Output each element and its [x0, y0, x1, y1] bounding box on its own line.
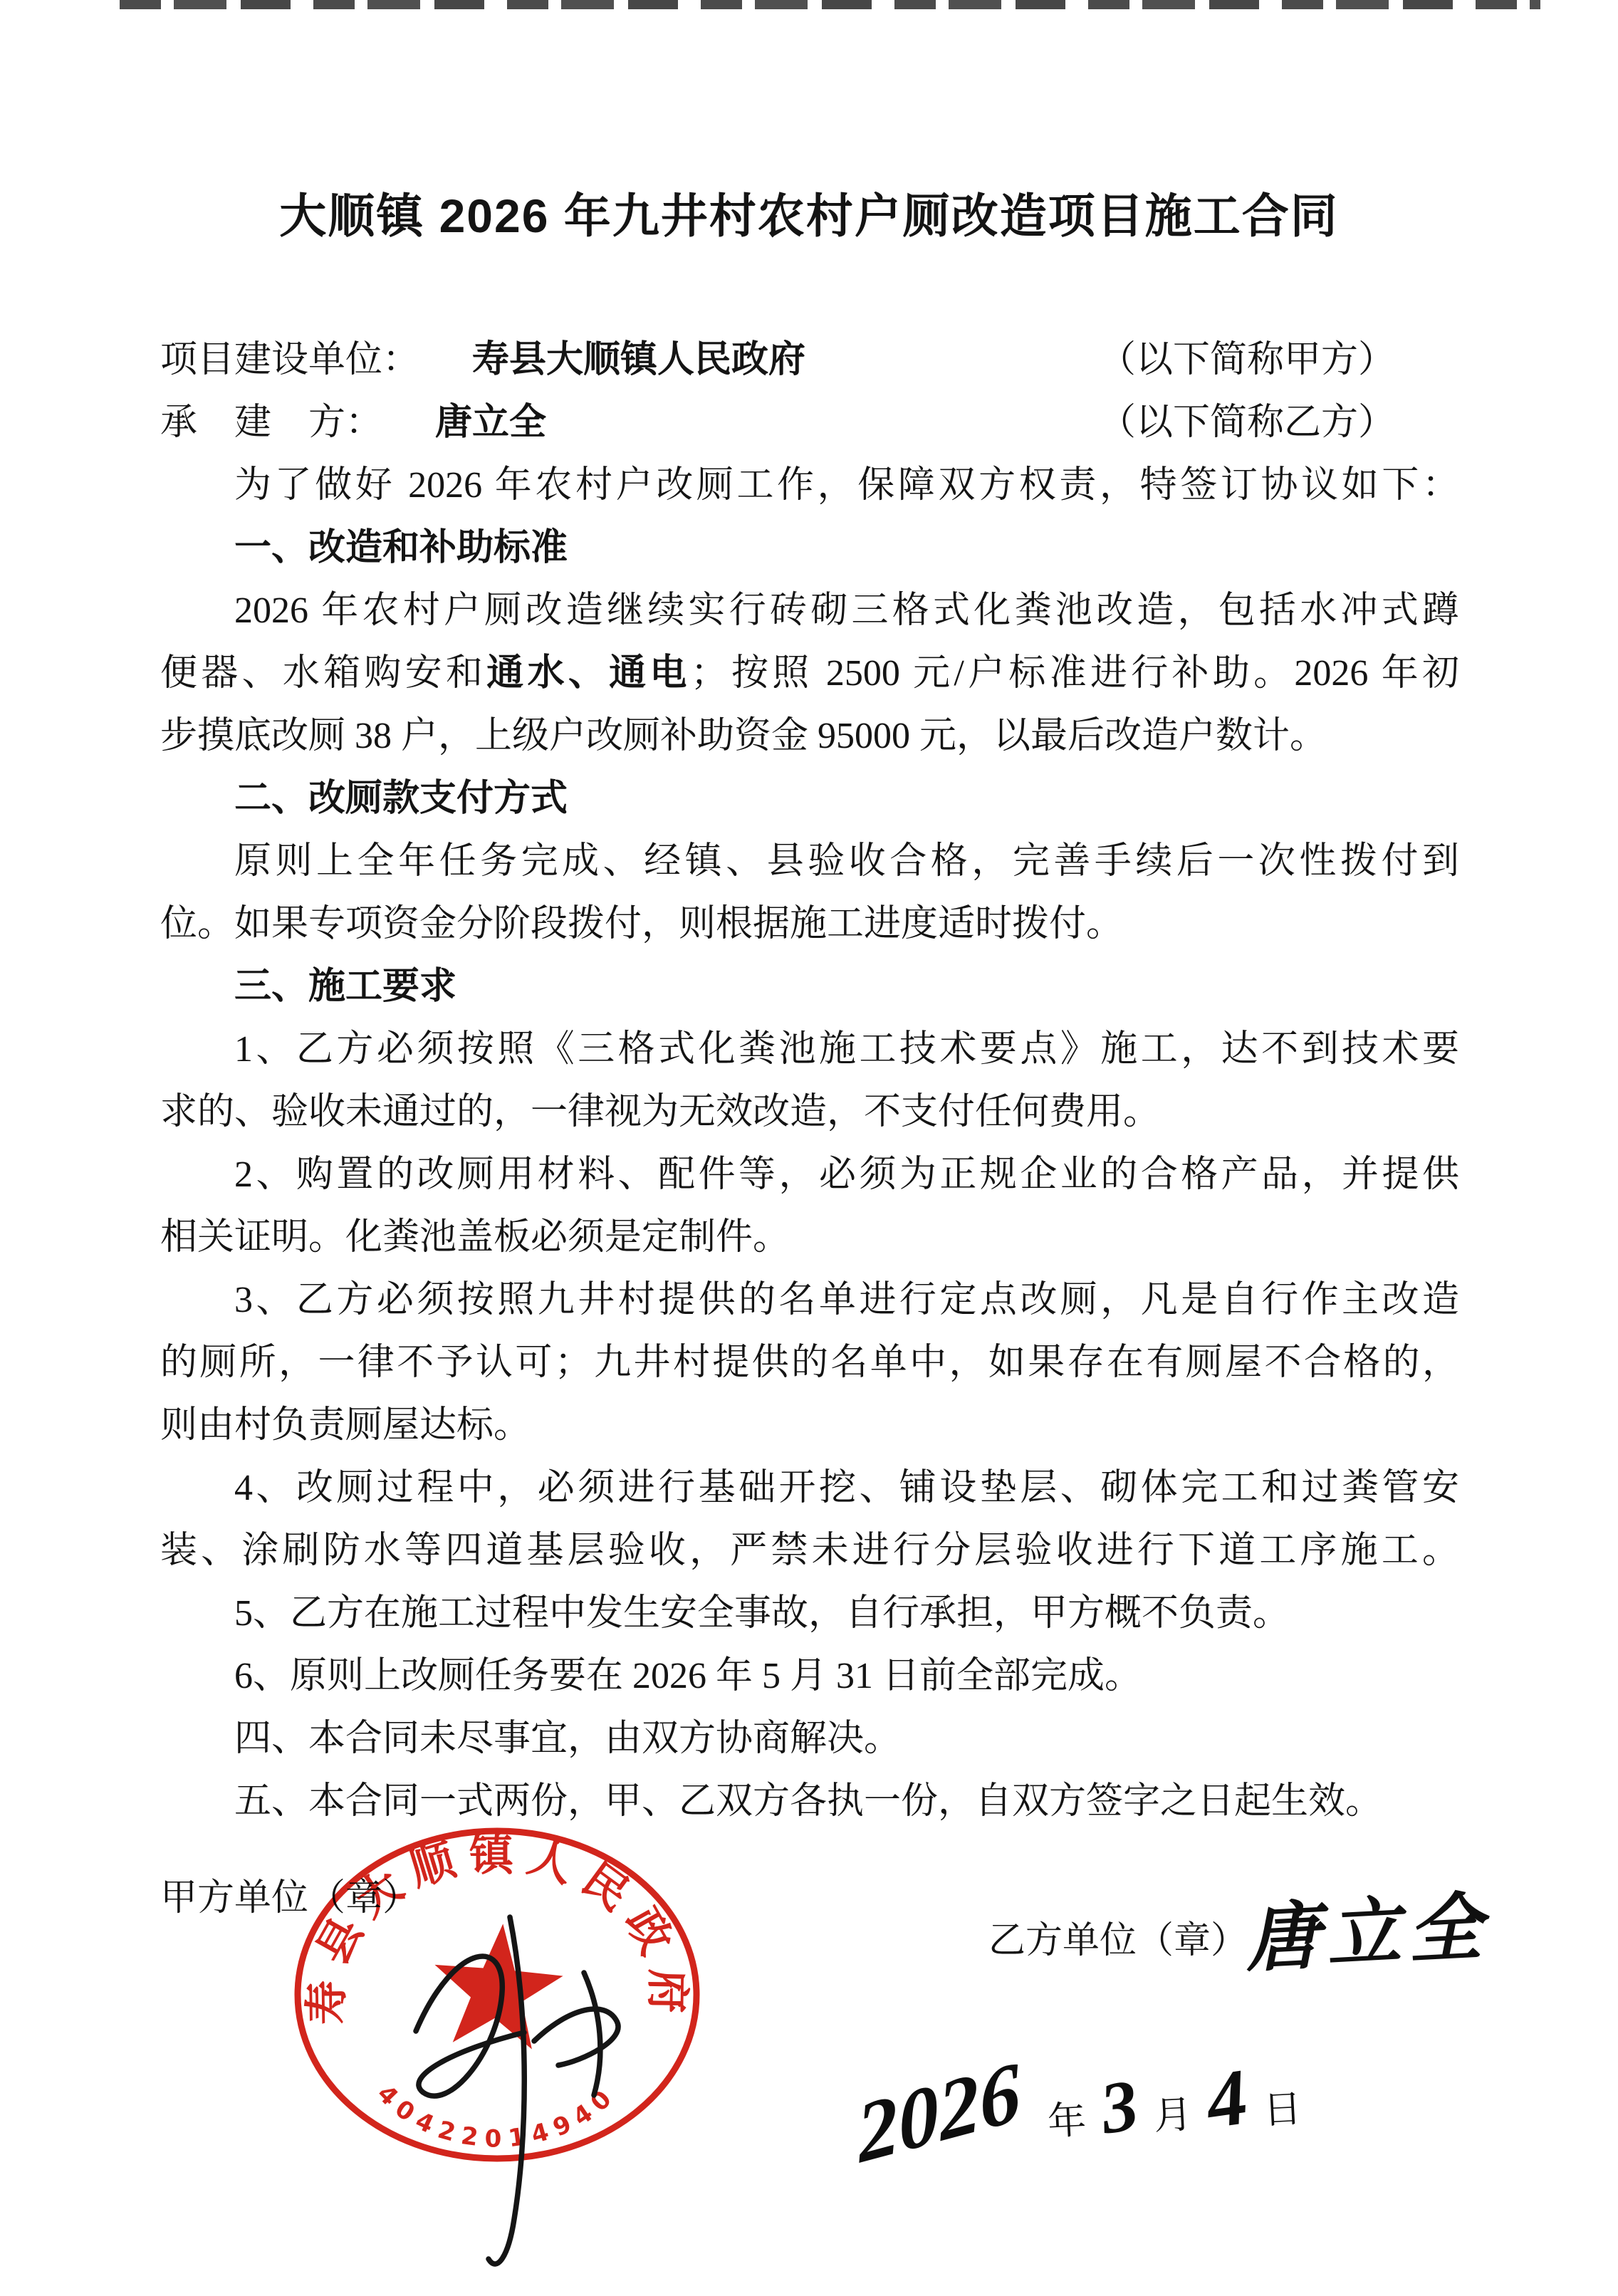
date-year-unit: 年	[1046, 2089, 1087, 2146]
party-b-seal-label-text: 乙方单位（章）	[988, 1921, 1248, 1961]
section1-line2: 便器、水箱购安和通水、通电；按照 2500 元/户标准进行补助。2026 年初	[160, 642, 1459, 705]
clause3-line2: 的厕所，一律不予认可；九井村提供的名单中，如果存在有厕屋不合格的，	[160, 1332, 1459, 1394]
section2-line2: 位。如果专项资金分阶段拨付，则根据施工进度适时拨付。	[160, 893, 1459, 956]
party-a-line: 项目建设单位：寿县大顺镇人民政府 （以下简称甲方）	[160, 329, 1459, 392]
section3-heading: 三、施工要求	[160, 956, 1459, 1018]
clause2-line1: 2、购置的改厕用材料、配件等，必须为正规企业的合格产品，并提供	[160, 1144, 1459, 1206]
clause3-line3: 则由村负责厕屋达标。	[160, 1394, 1459, 1457]
party-a-alias: （以下简称甲方）	[1099, 329, 1395, 392]
contract-page: 大顺镇 2026 年九井村农村户厕改造项目施工合同 项目建设单位：寿县大顺镇人民…	[0, 0, 1618, 2296]
clause4-line2: 装、涂刷防水等四道基层验收，严禁未进行分层验收进行下道工序施工。	[160, 1520, 1459, 1582]
intro-line: 为了做好 2026 年农村户改厕工作，保障双方权责，特签订协议如下：	[160, 454, 1459, 517]
clause1-line2: 求的、验收未通过的，一律视为无效改造，不支付任何费用。	[160, 1081, 1459, 1144]
party-b-handwritten-signature: 唐立全	[1243, 1867, 1491, 1986]
date-day-unit: 日	[1262, 2078, 1303, 2135]
party-b-seal-label: 乙方单位（章）唐立全	[988, 1867, 1488, 1974]
section1-line1: 2026 年农村户厕改造继续实行砖砌三格式化粪池改造，包括水冲式蹲	[160, 580, 1459, 642]
section1-line2-bold: 通水、通电	[486, 653, 690, 694]
date-year-handwritten: 2026	[853, 2042, 1024, 2183]
party-a-seal: 寿县大顺镇人民政府 3404220149400	[283, 1820, 711, 2296]
clause6-line: 6、原则上改厕任务要在 2026 年 5 月 31 日前全部完成。	[160, 1645, 1459, 1708]
party-b-line: 承 建 方：唐立全 （以下简称乙方）	[160, 392, 1459, 454]
date-day-handwritten: 4	[1201, 2051, 1253, 2148]
section2-line1: 原则上全年任务完成、经镇、县验收合格，完善手续后一次性拨付到	[160, 830, 1459, 893]
date-month-handwritten: 3	[1095, 2063, 1144, 2151]
date-month-unit: 月	[1152, 2084, 1194, 2141]
page-title: 大顺镇 2026 年九井村农村户厕改造项目施工合同	[0, 178, 1618, 246]
clause2-line2: 相关证明。化粪池盖板必须是定制件。	[160, 1206, 1459, 1269]
party-b-label: 承 建 方：	[160, 402, 382, 443]
section1-heading: 一、改造和补助标准	[160, 517, 1459, 580]
clause4-line1: 4、改厕过程中，必须进行基础开挖、铺设垫层、砌体完工和过粪管安	[160, 1457, 1459, 1520]
scan-artifact-top	[120, 0, 1540, 9]
section1-line2-pre: 便器、水箱购安和	[160, 653, 486, 694]
section1-line2-post: ；按照 2500 元/户标准进行补助。2026 年初	[691, 653, 1459, 694]
party-a-label: 项目建设单位：	[160, 340, 419, 380]
contract-body: 项目建设单位：寿县大顺镇人民政府 （以下简称甲方） 承 建 方：唐立全 （以下简…	[160, 329, 1459, 1833]
party-a-value: 寿县大顺镇人民政府	[472, 340, 805, 380]
party-b-alias: （以下简称乙方）	[1099, 392, 1395, 454]
party-b-value: 唐立全	[435, 402, 546, 443]
section2-heading: 二、改厕款支付方式	[160, 768, 1459, 830]
clause5-line: 5、乙方在施工过程中发生安全事故，自行承担，甲方概不负责。	[160, 1582, 1459, 1645]
clause1-line1: 1、乙方必须按照《三格式化粪池施工技术要点》施工，达不到技术要	[160, 1018, 1459, 1081]
section1-line3: 步摸底改厕 38 户，上级户改厕补助资金 95000 元，以最后改造户数计。	[160, 705, 1459, 768]
section4-line: 四、本合同未尽事宜，由双方协商解决。	[160, 1708, 1459, 1770]
signing-date: 2026 年 3 月 4 日	[852, 2045, 1313, 2165]
clause3-line1: 3、乙方必须按照九井村提供的名单进行定点改厕，凡是自行作主改造	[160, 1269, 1459, 1332]
